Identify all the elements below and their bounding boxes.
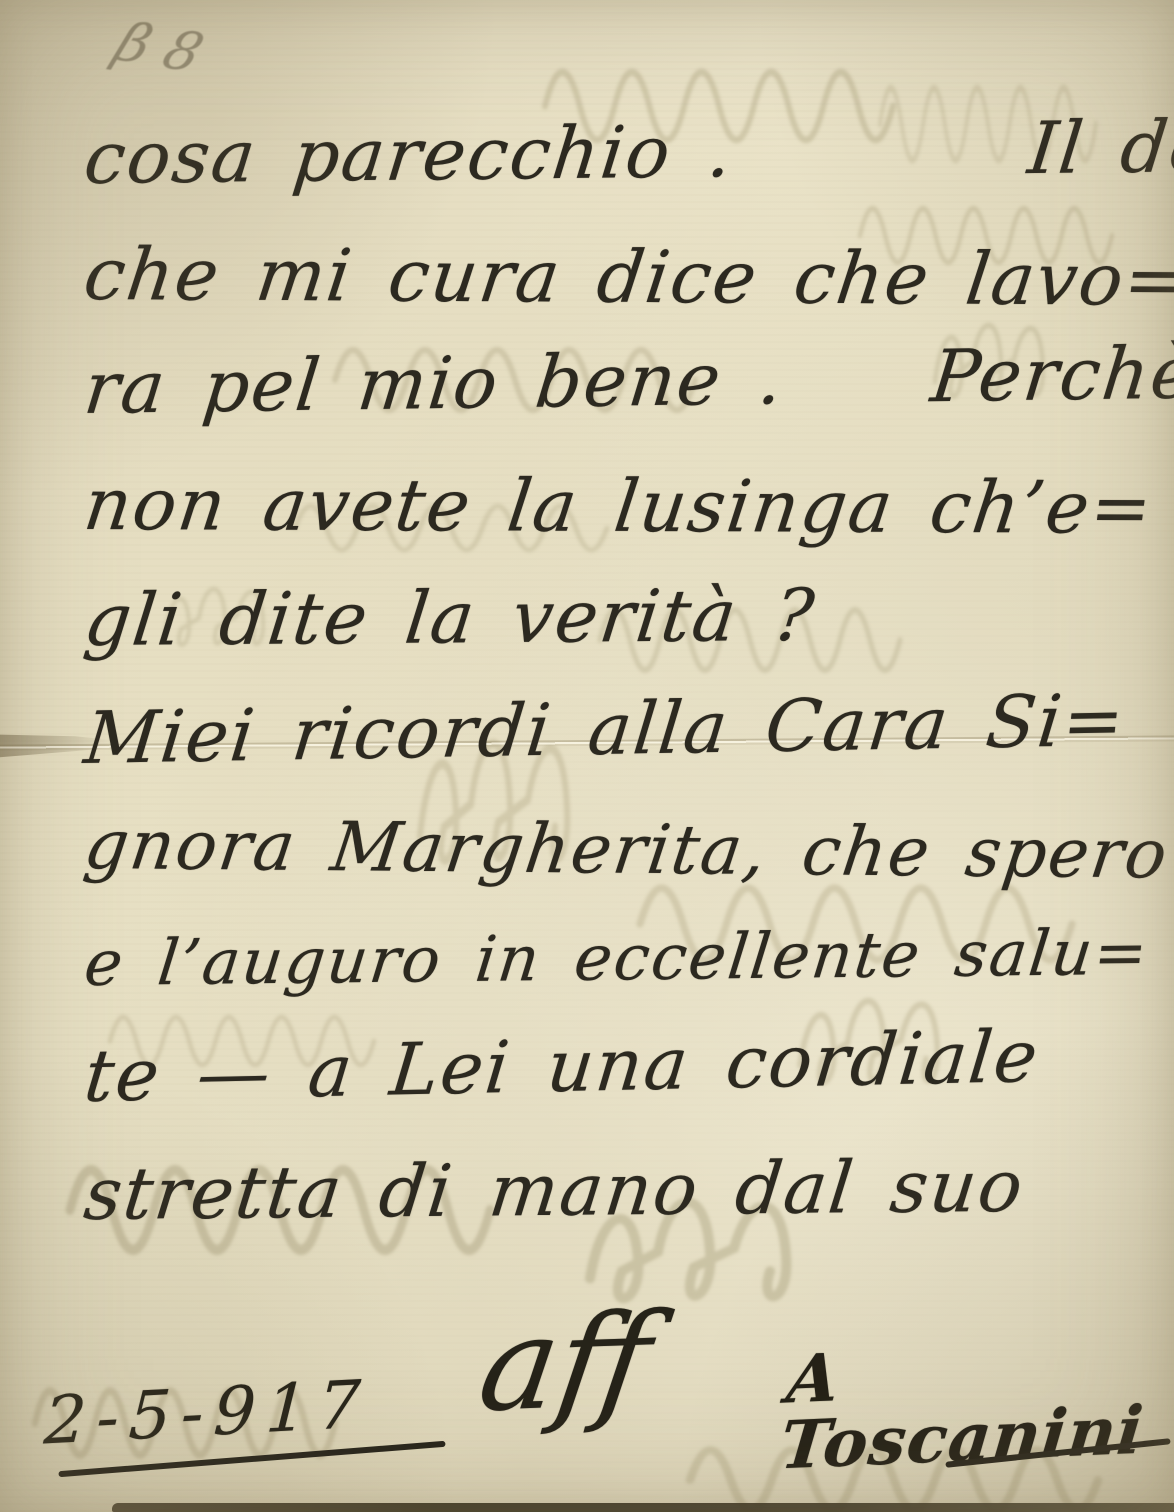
letter-line-7: gnora Margherita, che spero	[81, 812, 1173, 889]
letter-line-3: ra pel mio bene . Perchè	[81, 337, 1174, 424]
letter-line-6: Miei ricordi alla Cara Si=	[81, 684, 1129, 774]
letter-line-1: cosa parecchio . Il dottore	[81, 108, 1174, 194]
letter-line-2: che mi cura dice che lavo=	[80, 238, 1174, 316]
signature: A Toscanini	[778, 1330, 1174, 1479]
letter-closing: aff	[472, 1297, 658, 1431]
letter-line-8: e l’auguro in eccellente salu=	[81, 921, 1152, 995]
letter-line-5: gli dite la verità ?	[81, 579, 819, 656]
letter-line-4: non avete la lusinga ch’e=	[80, 468, 1157, 544]
letter-page: β 8 cosa parecchio . Il dottore che mi c…	[0, 0, 1174, 1512]
letter-line-10: stretta di mano dal suo	[81, 1150, 1028, 1230]
scan-edge	[112, 1503, 1174, 1512]
letter-date: 2-5-917	[43, 1372, 372, 1455]
letter-line-9: te — a Lei una cordiale	[81, 1020, 1042, 1112]
